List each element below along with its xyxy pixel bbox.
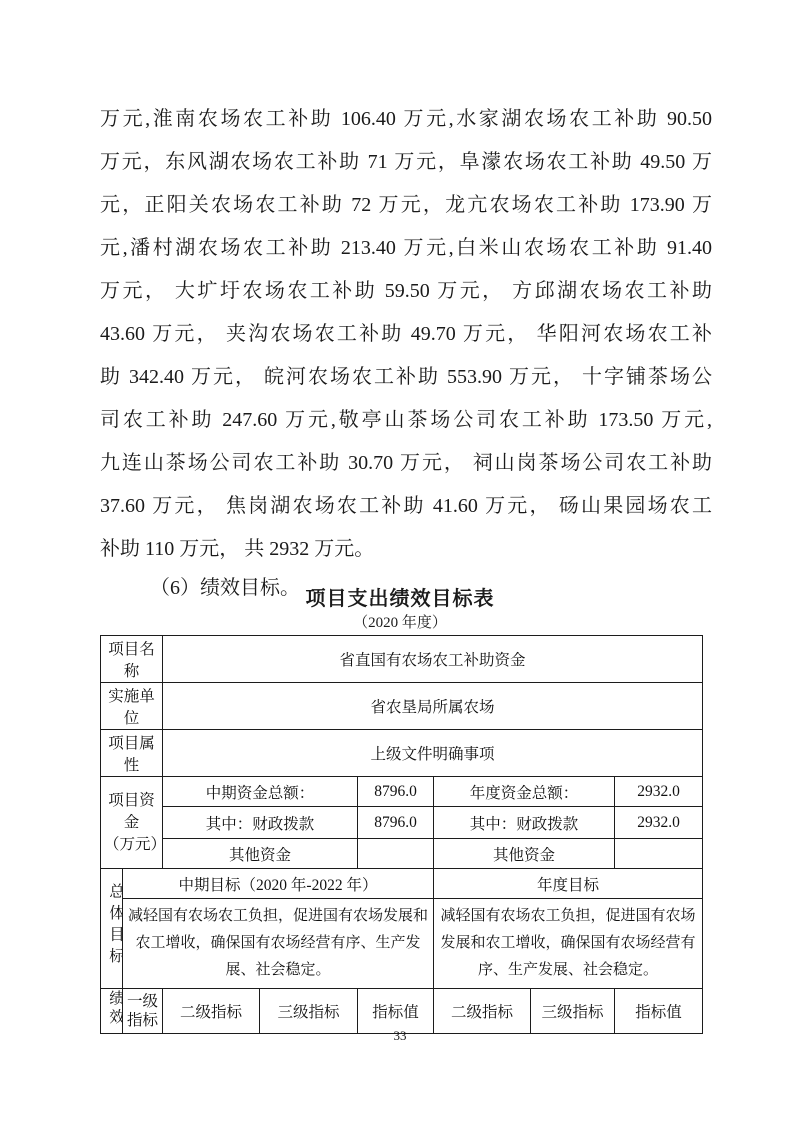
table-row: 实施单位 省农垦局所属农场 (101, 683, 703, 730)
year-fiscal-value-cell: 2932.0 (615, 807, 703, 839)
table-title: 项目支出绩效目标表 (0, 582, 800, 611)
mid-other-label-cell: 其他资金 (163, 839, 358, 869)
table-row: 项目属性 上级文件明确事项 (101, 730, 703, 777)
body-text-line: 元，正阳关农场农工补助 72 万元，龙亢农场农工补助 173.90 万 (100, 184, 712, 227)
table-row: 项目名称 省直国有农场农工补助资金 (101, 636, 703, 683)
body-paragraph: 万元,淮南农场农工补助 106.40 万元,水家湖农场农工补助 90.50 万元… (100, 98, 712, 607)
mid-other-value-cell (358, 839, 434, 869)
year-total-value-cell: 2932.0 (615, 777, 703, 807)
project-funds-label-line1: 项目资金 (108, 792, 155, 831)
mid-total-label-cell: 中期资金总额： (163, 777, 358, 807)
mid-fiscal-label-cell: 其中：财政拨款 (163, 807, 358, 839)
performance-label: 绩效 (104, 990, 123, 1027)
performance-target-table: 项目名称 省直国有农场农工补助资金 实施单位 省农垦局所属农场 项目属性 上级文… (100, 635, 703, 1034)
year-level3-indicator-header-cell: 三级指标 (531, 989, 615, 1034)
document-page: 万元,淮南农场农工补助 106.40 万元,水家湖农场农工补助 90.50 万元… (0, 0, 800, 1129)
year-total-label-cell: 年度资金总额： (434, 777, 615, 807)
mid-level3-indicator-header-cell: 三级指标 (260, 989, 358, 1034)
table-row: 项目资金 （万元） 中期资金总额： 8796.0 年度资金总额： 2932.0 (101, 777, 703, 807)
project-name-label-cell: 项目名称 (101, 636, 163, 683)
table-row: 总体目标 中期目标（2020 年-2022 年） 年度目标 (101, 869, 703, 899)
table-row: 其中：财政拨款 8796.0 其中：财政拨款 2932.0 (101, 807, 703, 839)
table-row: 减轻国有农场农工负担，促进国有农场发展和农工增收，确保国有农场经营有序、生产发展… (101, 899, 703, 989)
mid-goal-header-cell: 中期目标（2020 年-2022 年） (123, 869, 434, 899)
year-level2-indicator-header-cell: 二级指标 (434, 989, 531, 1034)
project-attribute-label-cell: 项目属性 (101, 730, 163, 777)
mid-level2-indicator-header-cell: 二级指标 (163, 989, 260, 1034)
body-text-line: 37.60 万元， 焦岗湖农场农工补助 41.60 万元， 砀山果园场农工 (100, 485, 712, 528)
level1-indicator-header-cell: 一级指标 (123, 989, 163, 1034)
table-row: 其他资金 其他资金 (101, 839, 703, 869)
mid-indicator-value-header-cell: 指标值 (358, 989, 434, 1034)
body-text-line: 万元， 大圹圩农场农工补助 59.50 万元， 方邱湖农场农工补助 (100, 270, 712, 313)
body-text-line: 43.60 万元， 夹沟农场农工补助 49.70 万元， 华阳河农场农工补 (100, 313, 712, 356)
performance-label-cell: 绩效 (101, 989, 123, 1034)
body-text-line: 补助 110 万元， 共 2932 万元。 (100, 528, 712, 571)
overall-goal-label-cell: 总体目标 (101, 869, 123, 989)
year-goal-text-cell: 减轻国有农场农工负担，促进国有农场发展和农工增收，确保国有农场经营有序、生产发展… (434, 899, 703, 989)
table-row: 绩效 一级指标 二级指标 三级指标 指标值 二级指标 三级指标 指标值 (101, 989, 703, 1034)
body-text-line: 万元,淮南农场农工补助 106.40 万元,水家湖农场农工补助 90.50 (100, 98, 712, 141)
body-text-line: 助 342.40 万元， 皖河农场农工补助 553.90 万元， 十字铺茶场公 (100, 356, 712, 399)
project-attribute-value-cell: 上级文件明确事项 (163, 730, 703, 777)
project-funds-label-line2: （万元） (104, 836, 163, 853)
mid-fiscal-value-cell: 8796.0 (358, 807, 434, 839)
body-text-line: 司农工补助 247.60 万元,敬亭山茶场公司农工补助 173.50 万元, (100, 399, 712, 442)
body-text-line: 万元，东风湖农场农工补助 71 万元，阜濛农场农工补助 49.50 万 (100, 141, 712, 184)
overall-goal-label: 总体目标 (104, 883, 123, 969)
project-name-value-cell: 省直国有农场农工补助资金 (163, 636, 703, 683)
table-subtitle: （2020 年度） (0, 611, 800, 632)
body-text-line: 九连山茶场公司农工补助 30.70 万元， 祠山岗茶场公司农工补助 (100, 442, 712, 485)
year-indicator-value-header-cell: 指标值 (615, 989, 703, 1034)
year-fiscal-label-cell: 其中：财政拨款 (434, 807, 615, 839)
page-number: 33 (0, 1028, 800, 1044)
implement-unit-label-cell: 实施单位 (101, 683, 163, 730)
mid-goal-text-cell: 减轻国有农场农工负担，促进国有农场发展和农工增收，确保国有农场经营有序、生产发展… (123, 899, 434, 989)
year-goal-header-cell: 年度目标 (434, 869, 703, 899)
project-funds-label-cell: 项目资金 （万元） (101, 777, 163, 869)
body-text-line: 元,潘村湖农场农工补助 213.40 万元,白米山农场农工补助 91.40 (100, 227, 712, 270)
year-other-value-cell (615, 839, 703, 869)
mid-total-value-cell: 8796.0 (358, 777, 434, 807)
year-other-label-cell: 其他资金 (434, 839, 615, 869)
implement-unit-value-cell: 省农垦局所属农场 (163, 683, 703, 730)
